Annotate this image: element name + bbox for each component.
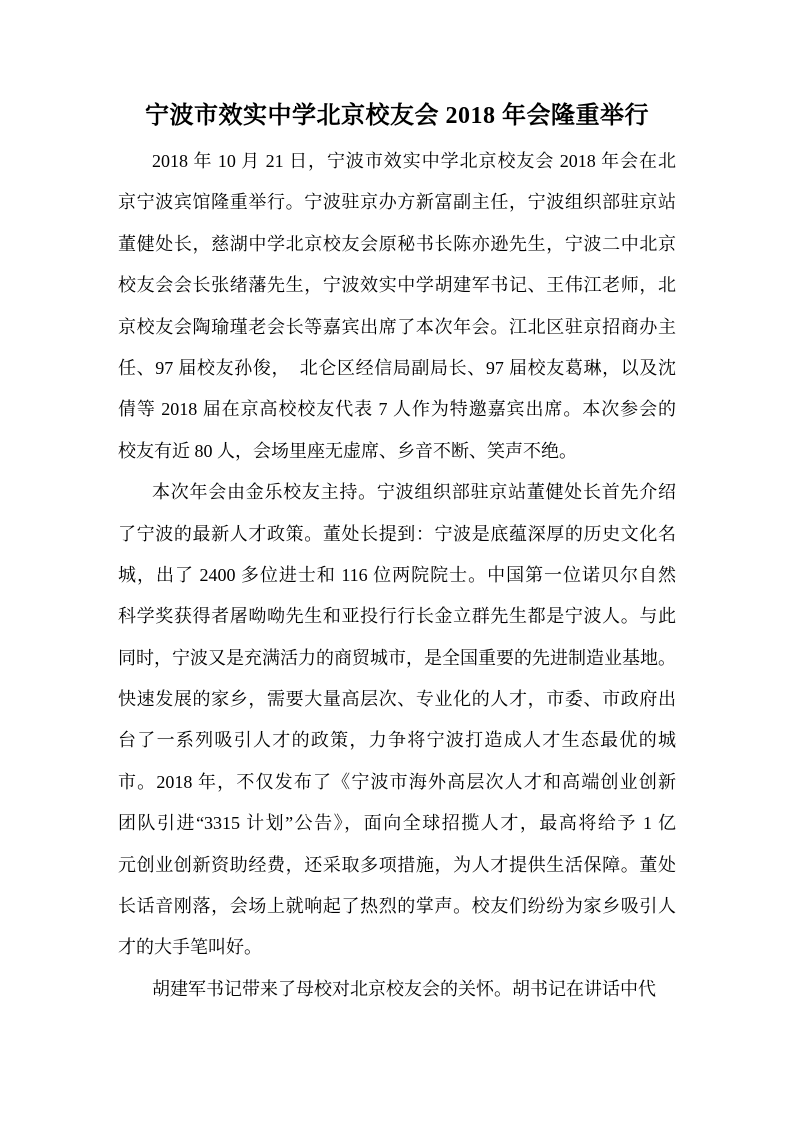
text-line: 京宁波宾馆隆重举行。宁波驻京办方新富副主任，宁波组织部驻京站 xyxy=(118,182,676,223)
document-title: 宁波市效实中学北京校友会 2018 年会隆重举行 xyxy=(118,96,676,137)
text-line: 长话音刚落，会场上就响起了热烈的掌声。校友们纷纷为家乡吸引人 xyxy=(118,886,676,927)
text-line: 了宁波的最新人才政策。董处长提到：宁波是底蕴深厚的历史文化名 xyxy=(118,514,676,555)
text-line: 京校友会陶瑜瑾老会长等嘉宾出席了本次年会。江北区驻京招商办主 xyxy=(118,307,676,348)
text-line: 城，出了 2400 多位进士和 116 位两院院士。中国第一位诺贝尔自然 xyxy=(118,555,676,596)
text-line: 本次年会由金乐校友主持。宁波组织部驻京站董健处长首先介绍 xyxy=(118,472,676,513)
text-line: 同时，宁波又是充满活力的商贸城市，是全国重要的先进制造业基地。 xyxy=(118,638,676,679)
text-line: 团队引进“3315 计划”公告》，面向全球招揽人才，最高将给予 1 亿 xyxy=(118,803,676,844)
text-line: 校友会会长张绪藩先生，宁波效实中学胡建军书记、王伟江老师，北 xyxy=(118,265,676,306)
document-body: 2018 年 10 月 21 日，宁波市效实中学北京校友会 2018 年会在北京… xyxy=(118,141,676,1010)
text-line: 台了一系列吸引人才的政策，力争将宁波打造成人才生态最优的城 xyxy=(118,720,676,761)
text-line: 校友有近 80 人，会场里座无虚席、乡音不断、笑声不绝。 xyxy=(118,431,676,472)
text-line: 2018 年 10 月 21 日，宁波市效实中学北京校友会 2018 年会在北 xyxy=(118,141,676,182)
text-line: 董健处长，慈湖中学北京校友会原秘书长陈亦逊先生，宁波二中北京 xyxy=(118,224,676,265)
text-line: 倩等 2018 届在京高校校友代表 7 人作为特邀嘉宾出席。本次参会的 xyxy=(118,389,676,430)
text-line: 元创业创新资助经费，还采取多项措施，为人才提供生活保障。董处 xyxy=(118,845,676,886)
text-line: 才的大手笔叫好。 xyxy=(118,927,676,968)
text-line: 科学奖获得者屠呦呦先生和亚投行行长金立群先生都是宁波人。与此 xyxy=(118,596,676,637)
text-line: 快速发展的家乡，需要大量高层次、专业化的人才，市委、市政府出 xyxy=(118,679,676,720)
text-line: 胡建军书记带来了母校对北京校友会的关怀。胡书记在讲话中代 xyxy=(118,969,676,1010)
text-line: 市。2018 年，不仅发布了《宁波市海外高层次人才和高端创业创新 xyxy=(118,762,676,803)
text-line: 任、97 届校友孙俊， 北仑区经信局副局长、97 届校友葛琳，以及沈 xyxy=(118,348,676,389)
document-page: 宁波市效实中学北京校友会 2018 年会隆重举行 2018 年 10 月 21 … xyxy=(0,0,793,1122)
